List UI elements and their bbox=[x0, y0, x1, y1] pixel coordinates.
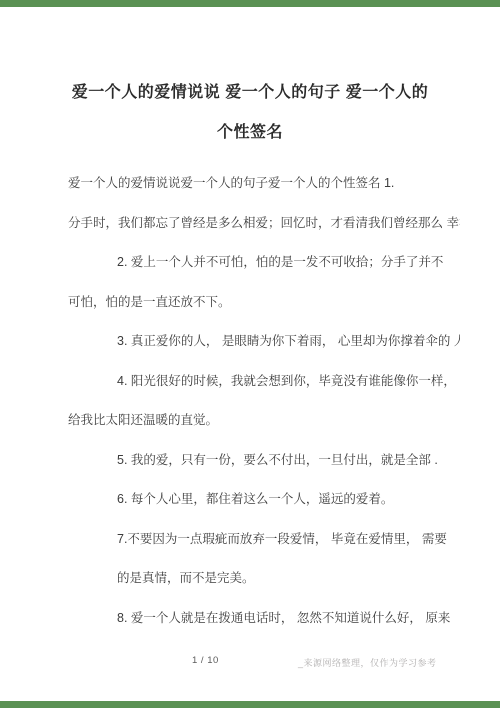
source-note: _来源网络整理，仅作为学习参考 bbox=[298, 656, 437, 669]
body-line-9: 6. 每个人心里，都住着这么一个人，遥远的爱着。 bbox=[117, 480, 460, 520]
body-line-6: 4. 阳光很好的时候，我就会想到你，毕竟没有谁能像你一样， bbox=[117, 362, 460, 402]
body-line-7: 给我比太阳还温暖的直觉。 bbox=[68, 401, 460, 441]
title-line-1: 爱一个人的爱情说说 爱一个人的句子 爱一个人的 bbox=[0, 73, 500, 113]
body-line-5: 3. 真正爱你的人， 是眼睛为你下着雨， 心里却为你撑着伞的 人。 bbox=[117, 322, 460, 362]
top-green-bar bbox=[0, 0, 500, 7]
document-title: 爱一个人的爱情说说 爱一个人的句子 爱一个人的 个性签名 bbox=[0, 0, 500, 153]
bottom-green-bar bbox=[0, 701, 500, 708]
body-line-3: 2. 爱上一个人并不可怕，怕的是一发不可收拾；分手了并不 bbox=[117, 243, 460, 283]
document-body: 爱一个人的爱情说说爱一个人的句子爱一个人的个性签名 1. 分手时，我们都忘了曾经… bbox=[0, 164, 500, 638]
body-line-10: 7.不要因为一点瑕疵而放弃一段爱情， 毕竟在爱情里， 需要 bbox=[117, 520, 460, 560]
title-line-2: 个性签名 bbox=[0, 113, 500, 153]
body-line-8: 5. 我的爱，只有一份，要么不付出，一旦付出，就是全部 . bbox=[117, 441, 460, 481]
page-number: 1 / 10 bbox=[192, 655, 219, 666]
body-line-11: 的是真情，而不是完美。 bbox=[117, 559, 460, 599]
body-line-12: 8. 爱一个人就是在拨通电话时， 忽然不知道说什么好， 原来 bbox=[117, 599, 460, 639]
body-line-4: 可怕，怕的是一直还放不下。 bbox=[68, 283, 460, 323]
body-line-1: 爱一个人的爱情说说爱一个人的句子爱一个人的个性签名 1. bbox=[68, 164, 460, 204]
body-line-2: 分手时，我们都忘了曾经是多么相爱；回忆时，才看清我们曾经那么 幸福。 bbox=[68, 204, 460, 244]
